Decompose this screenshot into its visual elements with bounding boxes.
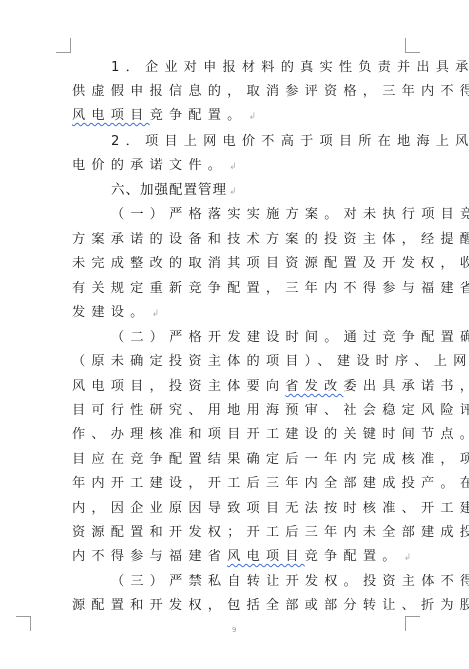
paragraph-mark-icon: ↲ (249, 112, 257, 122)
text-line: 源配置和开发权，包括全部或部分转让、折为股权转让等方 (72, 596, 406, 616)
margin-corner-bottom-left (16, 616, 31, 631)
text-line: 年内开工建设，开工后三年内全部建成投产。在企业承诺期 (72, 474, 406, 494)
spellcheck-underline[interactable]: 风电项目 (72, 108, 150, 123)
text-line: 内，因企业原因导致项目无法按时核准、开工建设的，收回 (72, 499, 406, 519)
paragraph-mark-icon: ↲ (404, 553, 412, 563)
text-line: 目可行性研究、用地用海预审、社会稳定风险评估等前期工 (72, 401, 406, 421)
text-line: （三）严禁私自转让开发权。投资主体不得私自转让资 (111, 572, 406, 592)
text-line: （二）严格开发建设时间。通过竞争配置确定投资主体 (111, 328, 406, 348)
text-line: 资源配置和开发权；开工后三年内未全部建成投产的，三年 (72, 523, 406, 543)
text-line: 内不得参与福建省风电项目竞争配置。↲ (72, 547, 406, 567)
text-line: 作、办理核准和项目开工建设的关键时间节点。原则上，项 (72, 425, 406, 445)
spellcheck-underline[interactable]: 风电项目 (227, 549, 305, 564)
text-line: 目应在竞争配置结果确定后一年内完成核准，项目核准后两 (72, 450, 406, 470)
text-line: 未完成整改的取消其项目资源配置及开发权，收回的项目按 (72, 254, 406, 274)
paragraph-mark-icon: ↲ (152, 309, 160, 319)
text-line: 风电项目竞争配置。↲ (72, 106, 406, 126)
text-line: 2．项目上网电价不高于项目所在地海上风电标杆上网 (111, 132, 406, 152)
text-line: （一）严格落实实施方案。对未执行项目竞争配置实施 (111, 205, 406, 225)
text-line: 供虚假申报信息的，取消参评资格，三年内不得参与福建省 (72, 82, 406, 102)
margin-corner-top-left (56, 38, 71, 53)
text-line: 风电项目，投资主体要向省发改委出具承诺书，承诺完成项 (72, 377, 406, 397)
page-number: 9 (232, 626, 236, 634)
text-line: 电价的承诺文件。↲ (72, 156, 406, 176)
text-line: （原未确定投资主体的项目）、建设时序、上网电价的海上 (72, 352, 406, 372)
text-line: 有关规定重新竞争配置，三年内不得参与福建省风电项目开 (72, 279, 406, 299)
text-line: 发建设。↲ (72, 303, 406, 323)
paragraph-mark-icon: ↲ (229, 162, 237, 172)
text-line: 方案承诺的设备和技术方案的投资主体，经提醒后两个月内 (72, 230, 406, 250)
section-heading: 六、加强配置管理↲ (111, 180, 406, 200)
paragraph-mark-icon: ↲ (229, 187, 237, 197)
margin-corner-bottom-right (405, 616, 420, 631)
margin-corner-top-right (405, 38, 420, 53)
text-line: 1．企业对申报材料的真实性负责并出具承诺文件，提 (111, 58, 406, 78)
spellcheck-underline[interactable]: 省发改 (285, 379, 343, 394)
